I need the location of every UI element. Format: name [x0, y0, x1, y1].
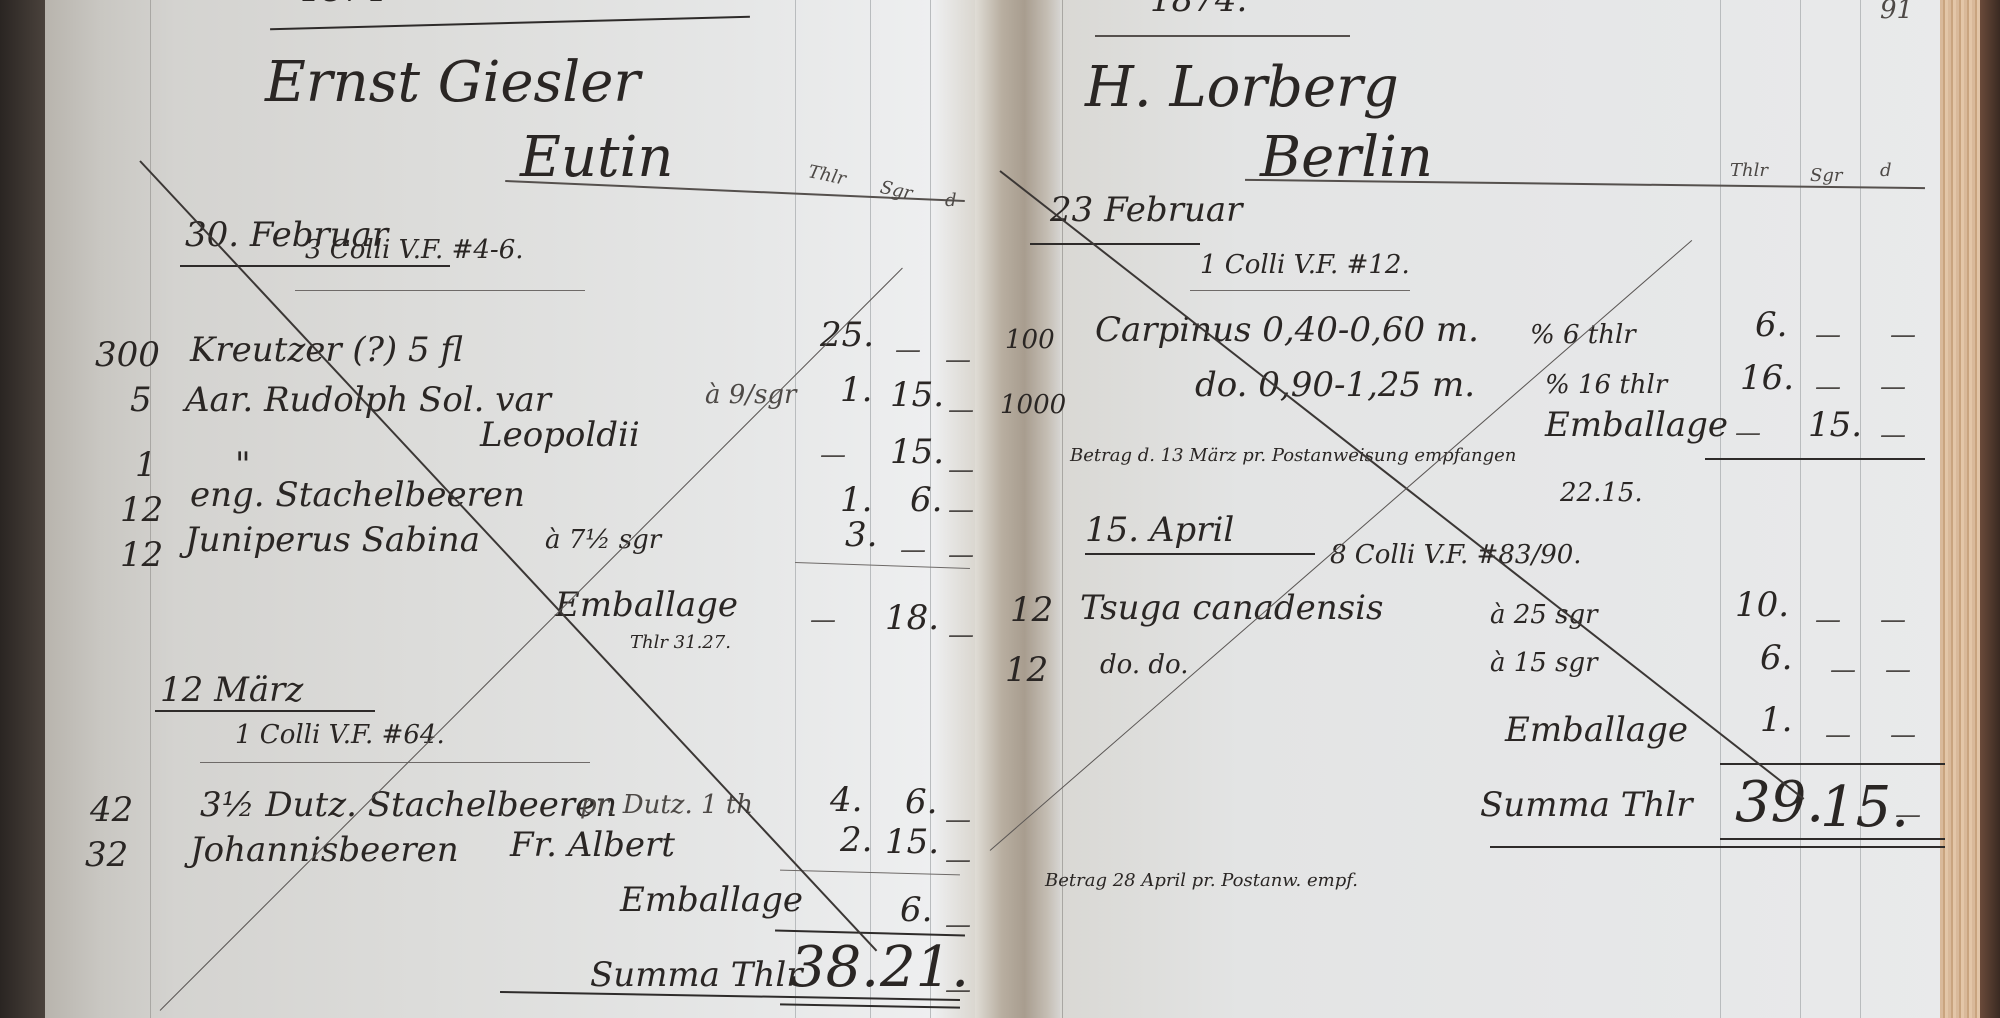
qty: 5	[130, 380, 152, 420]
qty: 12	[120, 490, 163, 530]
header-underline	[1095, 35, 1350, 37]
shipment-info: 8 Colli V.F. #83/90.	[1330, 540, 1582, 570]
amount-sgr: —	[1815, 320, 1841, 350]
amount-d: —	[1890, 320, 1916, 350]
account-name: Ernst Giesler	[265, 50, 640, 115]
col-header-thlr: Thlr	[1730, 160, 1768, 181]
amount-sgr: —	[1830, 655, 1856, 685]
shipment-info: 3 Colli V.F. #4-6.	[305, 235, 524, 265]
amount-d: —	[1890, 720, 1916, 750]
amount-d: —	[948, 455, 974, 485]
amount-thlr: 6.	[1760, 638, 1792, 678]
qty: 1000	[1000, 390, 1066, 420]
total-rule	[1720, 763, 1945, 765]
ledger-page-right	[1060, 0, 1960, 1018]
amount-thlr: 6.	[1755, 305, 1787, 345]
item-note: pr. Dutz. 1 th	[580, 790, 753, 820]
amount-d: —	[945, 805, 971, 835]
amount-thlr: 16.	[1740, 358, 1794, 398]
amount-thlr: 1.	[1760, 700, 1792, 740]
qty: 42	[90, 790, 133, 830]
settlement-note: Betrag 28 April pr. Postanw. empf.	[1045, 870, 1358, 891]
item-description: eng. Stachelbeeren	[190, 475, 525, 515]
amount-sgr: —	[1815, 372, 1841, 402]
item-description: Aar. Rudolph Sol. var	[185, 380, 551, 420]
amount-sgr: 15.	[890, 375, 944, 415]
qty: 32	[85, 835, 128, 875]
amount-thlr: 3.	[845, 515, 877, 555]
amount-d: —	[948, 620, 974, 650]
total-thlr: 38.	[790, 935, 879, 1000]
qty: 12	[120, 535, 163, 575]
item-description: Juniperus Sabina	[185, 520, 480, 560]
amount-thlr: —	[1735, 418, 1761, 448]
total-double-rule	[1720, 838, 1945, 840]
col-header-d: d	[1880, 160, 1892, 181]
entry-date: 12 März	[160, 670, 303, 710]
date-underline	[155, 710, 375, 712]
amount-d: —	[948, 495, 974, 525]
emballage-label: Emballage	[620, 880, 803, 920]
entry-date: 15. April	[1085, 510, 1234, 550]
book-binding-left	[0, 0, 45, 1018]
header-fragment: 1874.	[1150, 0, 1247, 20]
book-gutter	[975, 0, 1065, 1018]
qty: 12	[1010, 590, 1053, 630]
amount-sgr: —	[1825, 720, 1851, 750]
amount-d: —	[1880, 420, 1906, 450]
page-number: 91	[1880, 0, 1913, 25]
item-description: Kreutzer (?) 5 fl	[190, 330, 463, 370]
item-note: à 9/sgr	[705, 380, 796, 410]
amount-d: —	[945, 345, 971, 375]
col-header-d: d	[945, 190, 957, 211]
item-description: Tsuga canadensis	[1080, 588, 1383, 628]
item-description: Carpinus 0,40-0,60 m.	[1095, 310, 1479, 350]
column-rule-thlr	[1720, 0, 1721, 1018]
total-d: —	[1895, 800, 1921, 830]
shipment-underline	[200, 762, 590, 763]
shipment-info: 1 Colli V.F. #12.	[1200, 250, 1410, 280]
margin-rule	[1062, 0, 1063, 1018]
emballage-label: Emballage	[1505, 710, 1688, 750]
amount-thlr: 1.	[840, 370, 872, 410]
account-name: H. Lorberg	[1085, 55, 1399, 120]
qty: 300	[95, 335, 160, 375]
item-description: 3½ Dutz. Stachelbeeren	[200, 785, 617, 825]
emballage-label: Emballage	[1545, 405, 1728, 445]
amount-d: —	[1880, 605, 1906, 635]
amount-sgr: —	[900, 535, 926, 565]
amount-sgr: 6.	[905, 782, 937, 822]
item-note: Fr. Albert	[510, 825, 675, 865]
settlement-amount: 22.15.	[1560, 478, 1643, 508]
amount-d: —	[1880, 372, 1906, 402]
item-description: do. do.	[1100, 650, 1188, 680]
item-note: à 15 sgr	[1490, 648, 1598, 678]
shipment-underline	[1190, 290, 1410, 291]
amount-thlr: 4.	[830, 780, 862, 820]
amount-sgr: 18.	[885, 598, 939, 638]
amount-sgr: —	[1815, 605, 1841, 635]
entry-date: 23 Februar	[1050, 190, 1242, 230]
item-note: % 16 thlr	[1545, 370, 1667, 400]
amount-sgr: 15.	[890, 432, 944, 472]
settlement-note: Betrag d. 13 März pr. Postanweisung empf…	[1070, 445, 1516, 466]
shipment-info: 1 Colli V.F. #64.	[235, 720, 445, 750]
amount-sgr: 6.	[910, 480, 942, 520]
page-edges	[1940, 0, 1980, 1018]
emballage-note: Thlr 31.27.	[630, 632, 731, 653]
amount-sgr: 15.	[1808, 405, 1862, 445]
date-underline	[1030, 243, 1200, 245]
column-rule-sgr	[1800, 0, 1801, 1018]
qty: 1	[135, 445, 157, 485]
amount-thlr: 2.	[840, 820, 872, 860]
column-rule-d	[1860, 0, 1861, 1018]
qty: 12	[1005, 650, 1048, 690]
book-cover-right	[1980, 0, 2000, 1018]
amount-d: —	[1885, 655, 1911, 685]
total-label: Summa Thlr	[590, 955, 802, 995]
subtotal-rule	[1705, 458, 1925, 460]
total-double-rule	[1490, 846, 1945, 848]
item-description: do. 0,90-1,25 m.	[1195, 365, 1475, 405]
shipment-underline	[295, 290, 585, 291]
total-label: Summa Thlr	[1480, 785, 1692, 825]
header-fragment: 1874	[300, 0, 387, 10]
amount-thlr: —	[820, 440, 846, 470]
amount-d: —	[945, 845, 971, 875]
amount-thlr: —	[810, 605, 836, 635]
amount-thlr: 1.	[840, 480, 872, 520]
amount-sgr: 15.	[885, 822, 939, 862]
item-description-cont: Leopoldii	[480, 415, 640, 455]
item-description: Johannisbeeren	[190, 830, 459, 870]
date-underline	[180, 265, 450, 267]
amount-sgr: —	[895, 335, 921, 365]
amount-thlr: 10.	[1735, 585, 1789, 625]
item-note: à 7½ sgr	[545, 525, 661, 555]
date-underline	[1085, 553, 1315, 555]
amount-d: —	[948, 540, 974, 570]
amount-sgr: 6.	[900, 890, 932, 930]
amount-d: —	[948, 395, 974, 425]
qty: 100	[1005, 325, 1055, 355]
col-header-sgr: Sgr	[1810, 165, 1842, 186]
emballage-label: Emballage	[555, 585, 738, 625]
account-place: Eutin	[520, 125, 673, 190]
account-place: Berlin	[1260, 125, 1433, 190]
